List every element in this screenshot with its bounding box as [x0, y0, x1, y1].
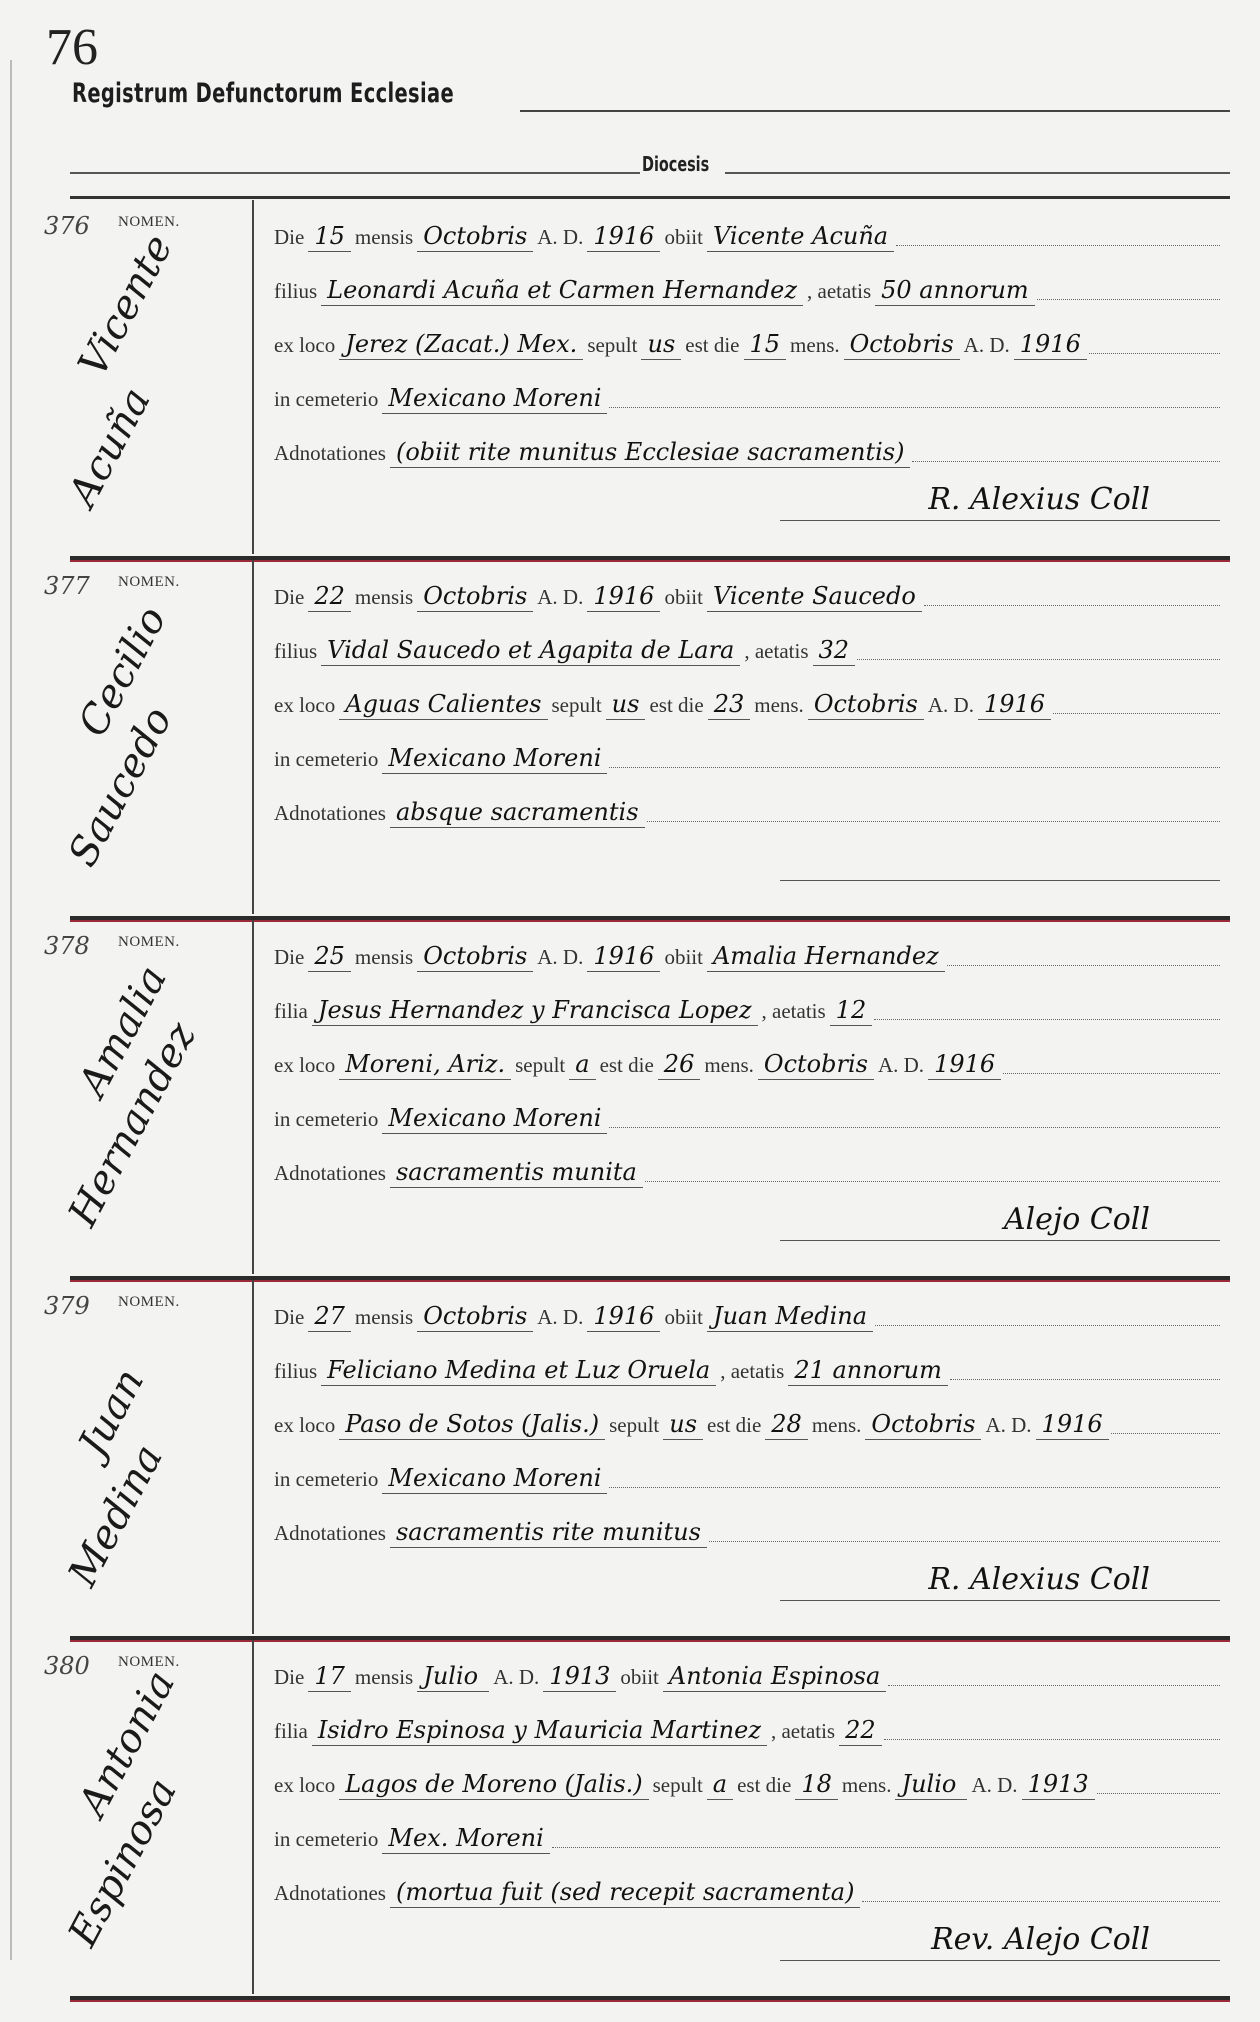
nomen-label: NOMEN. — [118, 214, 180, 231]
burial-year: 1916 — [1014, 329, 1087, 360]
label-mens: mens. — [752, 690, 806, 720]
death-year: 1916 — [587, 1301, 660, 1332]
blank-line — [884, 1738, 1220, 1740]
label-aetatis: , aetatis — [805, 276, 873, 306]
margin-name: Cecilio Saucedo — [50, 640, 250, 900]
label-est-die: est die — [735, 1770, 793, 1800]
blank-line — [875, 1324, 1220, 1326]
row-death-date: Die 22 mensis Octobris A. D. 1916 obiit … — [272, 578, 1220, 612]
blank-line — [947, 964, 1220, 966]
blank-line — [609, 766, 1220, 768]
label-cemeterio: in cemeterio — [272, 744, 380, 774]
label-est-die: est die — [598, 1050, 656, 1080]
parents-names: Leonardi Acuña et Carmen Hernandez — [321, 275, 803, 306]
death-entry: 376 NOMEN. Vicente Acuña Die 15 mensis O… — [30, 200, 1230, 560]
age: 50 annorum — [875, 275, 1035, 306]
signature-line — [780, 1240, 1220, 1241]
row-death-date: Die 15 mensis Octobris A. D. 1916 obiit … — [272, 218, 1220, 252]
label-cemeterio: in cemeterio — [272, 1824, 380, 1854]
nomen-label: NOMEN. — [118, 1294, 180, 1311]
label-ad: A. D. — [969, 1770, 1019, 1800]
label-est-die: est die — [683, 330, 741, 360]
label-est-die: est die — [705, 1410, 763, 1440]
label-mens: mens. — [810, 1410, 864, 1440]
row-cemetery: in cemeterio Mexicano Moreni — [272, 1100, 1220, 1134]
label-sepultus: sepult — [585, 330, 639, 360]
death-entry: 380 NOMEN. Antonia Espinosa Die 17 mensi… — [30, 1640, 1230, 2000]
death-day: 27 — [308, 1301, 351, 1332]
label-aetatis: , aetatis — [742, 636, 810, 666]
priest-signature: R. Alexius Coll — [928, 482, 1150, 517]
entry-number: 377 — [44, 572, 90, 600]
row-death-date: Die 25 mensis Octobris A. D. 1916 obiit … — [272, 938, 1220, 972]
death-month: Octobris — [417, 1301, 533, 1332]
label-obiit: obiit — [662, 1302, 705, 1332]
blank-line — [1111, 1432, 1220, 1434]
label-ad: A. D. — [876, 1050, 926, 1080]
label-obiit: obiit — [662, 222, 705, 252]
entry-number: 379 — [44, 1292, 90, 1320]
deceased-name: Amalia Hernandez — [707, 941, 945, 972]
blank-line — [888, 1684, 1220, 1686]
column-divider — [252, 1280, 254, 1634]
label-ex-loco: ex loco — [272, 330, 337, 360]
label-obiit: obiit — [618, 1662, 661, 1692]
death-month: Octobris — [417, 581, 533, 612]
burial-month: Octobris — [865, 1409, 981, 1440]
age: 21 annorum — [788, 1355, 948, 1386]
priest-signature: Rev. Alejo Coll — [931, 1922, 1150, 1957]
blank-line — [647, 820, 1220, 822]
death-month: Julio — [417, 1661, 489, 1692]
page-edge — [10, 60, 12, 1960]
label-aetatis: , aetatis — [718, 1356, 786, 1386]
label-obiit: obiit — [662, 582, 705, 612]
margin-surname: Acuña — [60, 380, 160, 513]
label-ad: A. D. — [926, 690, 976, 720]
label-mensis: mensis — [353, 222, 415, 252]
label-ad: A. D. — [535, 1302, 585, 1332]
margin-name: Vicente Acuña — [50, 280, 250, 540]
label-obiit: obiit — [662, 942, 705, 972]
row-parents: filius Feliciano Medina et Luz Oruela , … — [272, 1352, 1220, 1386]
burial-month: Octobris — [844, 329, 960, 360]
blank-line — [912, 460, 1220, 462]
label-adnotationes: Adnotationes — [272, 438, 388, 468]
blank-line — [645, 1180, 1220, 1182]
label-die: Die — [272, 942, 306, 972]
label-est-die: est die — [647, 690, 705, 720]
register-title: Registrum Defunctorum Ecclesiae — [72, 78, 454, 109]
sepultus-suffix: us — [641, 329, 681, 360]
label-ex-loco: ex loco — [272, 690, 337, 720]
sepultus-suffix: us — [663, 1409, 703, 1440]
cemetery-name: Mex. Moreni — [382, 1823, 549, 1854]
diocese-blank-left — [70, 172, 640, 174]
label-mensis: mensis — [353, 582, 415, 612]
place-of-origin: Lagos de Moreno (Jalis.) — [339, 1769, 648, 1800]
annotations: sacramentis munita — [390, 1157, 643, 1188]
row-cemetery: in cemeterio Mexicano Moreni — [272, 380, 1220, 414]
parents-names: Isidro Espinosa y Mauricia Martinez — [312, 1715, 767, 1746]
burial-year: 1916 — [1036, 1409, 1109, 1440]
margin-name: Amalia Hernandez — [50, 1000, 250, 1260]
label-ad: A. D. — [535, 942, 585, 972]
blank-line — [1089, 352, 1220, 354]
label-filius: filius — [272, 636, 319, 666]
label-adnotationes: Adnotationes — [272, 1878, 388, 1908]
row-origin-burial: ex loco Lagos de Moreno (Jalis.) sepult … — [272, 1766, 1220, 1800]
entry-number: 378 — [44, 932, 90, 960]
place-of-origin: Aguas Calientes — [339, 689, 547, 720]
death-entry: 377 NOMEN. Cecilio Saucedo Die 22 mensis… — [30, 560, 1230, 920]
label-mensis: mensis — [353, 1662, 415, 1692]
label-ex-loco: ex loco — [272, 1410, 337, 1440]
label-mens: mens. — [788, 330, 842, 360]
label-cemeterio: in cemeterio — [272, 1104, 380, 1134]
death-day: 25 — [308, 941, 351, 972]
annotations: sacramentis rite munitus — [390, 1517, 707, 1548]
burial-month: Julio — [895, 1769, 967, 1800]
column-divider — [252, 920, 254, 1274]
label-ad: A. D. — [535, 222, 585, 252]
row-annotations: Adnotationes sacramentis munita — [272, 1154, 1220, 1188]
row-annotations: Adnotationes (obiit rite munitus Ecclesi… — [272, 434, 1220, 468]
blank-line — [609, 1486, 1220, 1488]
blank-line — [609, 1126, 1220, 1128]
burial-day: 23 — [708, 689, 751, 720]
signature-line — [780, 880, 1220, 881]
row-cemetery: in cemeterio Mexicano Moreni — [272, 1460, 1220, 1494]
row-cemetery: in cemeterio Mexicano Moreni — [272, 740, 1220, 774]
death-entry: 378 NOMEN. Amalia Hernandez Die 25 mensi… — [30, 920, 1230, 1280]
sepultus-suffix: a — [707, 1769, 733, 1800]
label-cemeterio: in cemeterio — [272, 1464, 380, 1494]
signature-line — [780, 1960, 1220, 1961]
blank-line — [1037, 298, 1220, 300]
burial-year: 1916 — [928, 1049, 1001, 1080]
page-number: 76 — [46, 18, 98, 77]
row-origin-burial: ex loco Moreni, Ariz. sepult a est die 2… — [272, 1046, 1220, 1080]
blank-line — [609, 406, 1220, 408]
blank-line — [709, 1540, 1220, 1542]
label-sepultus: sepult — [651, 1770, 705, 1800]
parents-names: Jesus Hernandez y Francisca Lopez — [312, 995, 758, 1026]
row-annotations: Adnotationes absque sacramentis — [272, 794, 1220, 828]
diocese-blank-right — [725, 172, 1230, 174]
cemetery-name: Mexicano Moreni — [382, 1463, 607, 1494]
margin-name: Antonia Espinosa — [50, 1720, 250, 1980]
row-origin-burial: ex loco Jerez (Zacat.) Mex. sepult us es… — [272, 326, 1220, 360]
label-die: Die — [272, 222, 306, 252]
margin-surname: Medina — [60, 1437, 172, 1593]
parents-names: Feliciano Medina et Luz Oruela — [321, 1355, 716, 1386]
place-of-origin: Paso de Sotos (Jalis.) — [339, 1409, 605, 1440]
label-filius: filia — [272, 996, 310, 1026]
annotations: (mortua fuit (sed recepit sacramenta) — [390, 1877, 860, 1908]
deceased-name: Juan Medina — [707, 1301, 873, 1332]
death-year: 1913 — [543, 1661, 616, 1692]
column-divider — [252, 1640, 254, 1994]
death-month: Octobris — [417, 941, 533, 972]
header-rule — [70, 196, 1230, 199]
cemetery-name: Mexicano Moreni — [382, 383, 607, 414]
annotations: (obiit rite munitus Ecclesiae sacramenti… — [390, 437, 911, 468]
diocese-label: Diocesis — [642, 152, 709, 176]
row-cemetery: in cemeterio Mex. Moreni — [272, 1820, 1220, 1854]
signature-line — [780, 1600, 1220, 1601]
blank-line — [924, 604, 1220, 606]
label-adnotationes: Adnotationes — [272, 1158, 388, 1188]
priest-signature: Alejo Coll — [1004, 1202, 1150, 1237]
label-filius: filius — [272, 1356, 319, 1386]
label-adnotationes: Adnotationes — [272, 1518, 388, 1548]
label-ad: A. D. — [491, 1662, 541, 1692]
deceased-name: Vicente Saucedo — [707, 581, 922, 612]
death-entry: 379 NOMEN. Juan Medina Die 27 mensis Oct… — [30, 1280, 1230, 1640]
burial-day: 28 — [765, 1409, 808, 1440]
row-death-date: Die 17 mensis Julio A. D. 1913 obiit Ant… — [272, 1658, 1220, 1692]
blank-line — [950, 1378, 1220, 1380]
label-aetatis: , aetatis — [769, 1716, 837, 1746]
label-ad: A. D. — [983, 1410, 1033, 1440]
place-of-origin: Moreni, Ariz. — [339, 1049, 511, 1080]
sepultus-suffix: us — [606, 689, 646, 720]
margin-name: Juan Medina — [50, 1360, 250, 1620]
death-year: 1916 — [587, 581, 660, 612]
label-ad: A. D. — [962, 330, 1012, 360]
label-ex-loco: ex loco — [272, 1770, 337, 1800]
blank-line — [1053, 712, 1220, 714]
burial-year: 1916 — [978, 689, 1051, 720]
age: 22 — [839, 1715, 882, 1746]
row-parents: filius Vidal Saucedo et Agapita de Lara … — [272, 632, 1220, 666]
blank-line — [896, 244, 1220, 246]
burial-day: 18 — [795, 1769, 838, 1800]
label-filius: filia — [272, 1716, 310, 1746]
nomen-label: NOMEN. — [118, 574, 180, 591]
blank-line — [862, 1900, 1220, 1902]
cemetery-name: Mexicano Moreni — [382, 1103, 607, 1134]
margin-given-name: Vicente — [70, 227, 182, 383]
label-sepultus: sepult — [550, 690, 604, 720]
blank-line — [552, 1846, 1220, 1848]
label-cemeterio: in cemeterio — [272, 384, 380, 414]
age: 12 — [830, 995, 873, 1026]
row-annotations: Adnotationes (mortua fuit (sed recepit s… — [272, 1874, 1220, 1908]
burial-day: 15 — [744, 329, 787, 360]
label-ad: A. D. — [535, 582, 585, 612]
death-day: 22 — [308, 581, 351, 612]
entry-separator — [70, 1996, 1230, 2000]
label-mensis: mensis — [353, 1302, 415, 1332]
priest-signature: R. Alexius Coll — [928, 1562, 1150, 1597]
row-origin-burial: ex loco Paso de Sotos (Jalis.) sepult us… — [272, 1406, 1220, 1440]
blank-line — [857, 658, 1220, 660]
death-day: 15 — [308, 221, 351, 252]
column-divider — [252, 200, 254, 554]
label-filius: filius — [272, 276, 319, 306]
burial-year: 1913 — [1022, 1769, 1095, 1800]
death-year: 1916 — [587, 221, 660, 252]
burial-month: Octobris — [758, 1049, 874, 1080]
burial-month: Octobris — [808, 689, 924, 720]
label-mensis: mensis — [353, 942, 415, 972]
row-annotations: Adnotationes sacramentis rite munitus — [272, 1514, 1220, 1548]
age: 32 — [813, 635, 856, 666]
death-year: 1916 — [587, 941, 660, 972]
label-die: Die — [272, 1302, 306, 1332]
burial-day: 26 — [658, 1049, 701, 1080]
nomen-label: NOMEN. — [118, 934, 180, 951]
signature-line — [780, 520, 1220, 521]
blank-line — [1003, 1072, 1220, 1074]
label-die: Die — [272, 582, 306, 612]
label-ex-loco: ex loco — [272, 1050, 337, 1080]
row-origin-burial: ex loco Aguas Calientes sepult us est di… — [272, 686, 1220, 720]
blank-line — [874, 1018, 1220, 1020]
deceased-name: Antonia Espinosa — [663, 1661, 886, 1692]
column-divider — [252, 560, 254, 914]
label-aetatis: , aetatis — [760, 996, 828, 1026]
label-mens: mens. — [702, 1050, 756, 1080]
label-adnotationes: Adnotationes — [272, 798, 388, 828]
parents-names: Vidal Saucedo et Agapita de Lara — [321, 635, 740, 666]
entry-number: 376 — [44, 212, 90, 240]
title-rule — [520, 110, 1230, 112]
row-parents: filia Jesus Hernandez y Francisca Lopez … — [272, 992, 1220, 1026]
row-parents: filia Isidro Espinosa y Mauricia Martine… — [272, 1712, 1220, 1746]
sepultus-suffix: a — [569, 1049, 595, 1080]
row-parents: filius Leonardi Acuña et Carmen Hernande… — [272, 272, 1220, 306]
death-day: 17 — [308, 1661, 351, 1692]
annotations: absque sacramentis — [390, 797, 645, 828]
death-month: Octobris — [417, 221, 533, 252]
deceased-name: Vicente Acuña — [707, 221, 894, 252]
label-mens: mens. — [840, 1770, 894, 1800]
entry-number: 380 — [44, 1652, 90, 1680]
label-die: Die — [272, 1662, 306, 1692]
label-sepultus: sepult — [513, 1050, 567, 1080]
label-sepultus: sepult — [607, 1410, 661, 1440]
place-of-origin: Jerez (Zacat.) Mex. — [339, 329, 583, 360]
cemetery-name: Mexicano Moreni — [382, 743, 607, 774]
row-death-date: Die 27 mensis Octobris A. D. 1916 obiit … — [272, 1298, 1220, 1332]
blank-line — [1097, 1792, 1220, 1794]
